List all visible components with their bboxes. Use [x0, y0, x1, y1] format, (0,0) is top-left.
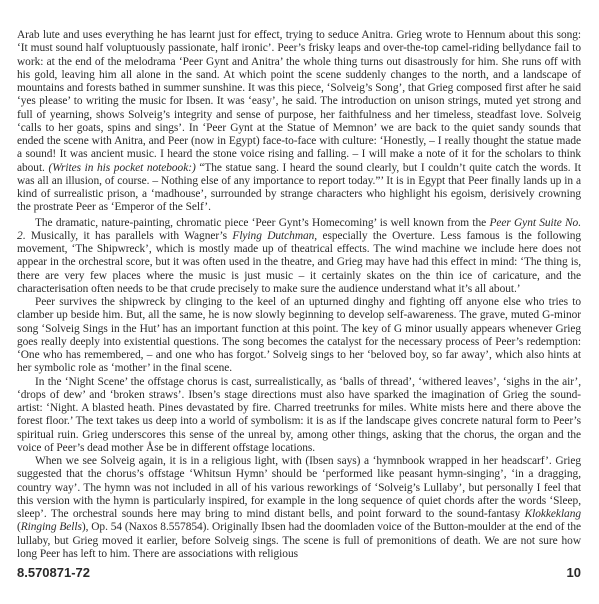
paragraph-solveig-sings-in-hut: Peer survives the shipwreck by clinging … [17, 296, 581, 376]
text-run: ), Op. 54 (Naxos 8.557854). Originally I… [17, 521, 581, 560]
italic-work-title: Klokkeklang [525, 508, 581, 520]
text-run: The dramatic, nature-painting, chromatic… [35, 217, 489, 229]
text-run: . Musically, it has parallels with Wagne… [23, 230, 233, 242]
italic-work-title: Ringing Bells [21, 521, 82, 533]
paragraph-homecoming-shipwreck: The dramatic, nature-painting, chromatic… [17, 217, 581, 297]
text-run: In the ‘Night Scene’ the offstage chorus… [17, 376, 581, 454]
paragraph-whitsun-hymn: When we see Solveig again, it is in a re… [17, 455, 581, 561]
paragraph-anitra-solveig-memnon: Arab lute and uses everything he has lea… [17, 29, 581, 215]
page-number: 10 [567, 565, 581, 580]
text-run: Peer survives the shipwreck by clinging … [17, 296, 581, 374]
paragraph-night-scene: In the ‘Night Scene’ the offstage chorus… [17, 376, 581, 456]
text-run: Arab lute and uses everything he has lea… [17, 29, 581, 174]
booklet-page-body: Arab lute and uses everything he has lea… [17, 29, 581, 561]
italic-work-title: Flying Dutchman [232, 230, 314, 242]
text-run: When we see Solveig again, it is in a re… [17, 455, 581, 520]
italic-stage-direction: (Writes in his pocket notebook:) [48, 162, 195, 174]
catalogue-number: 8.570871-72 [17, 565, 90, 580]
